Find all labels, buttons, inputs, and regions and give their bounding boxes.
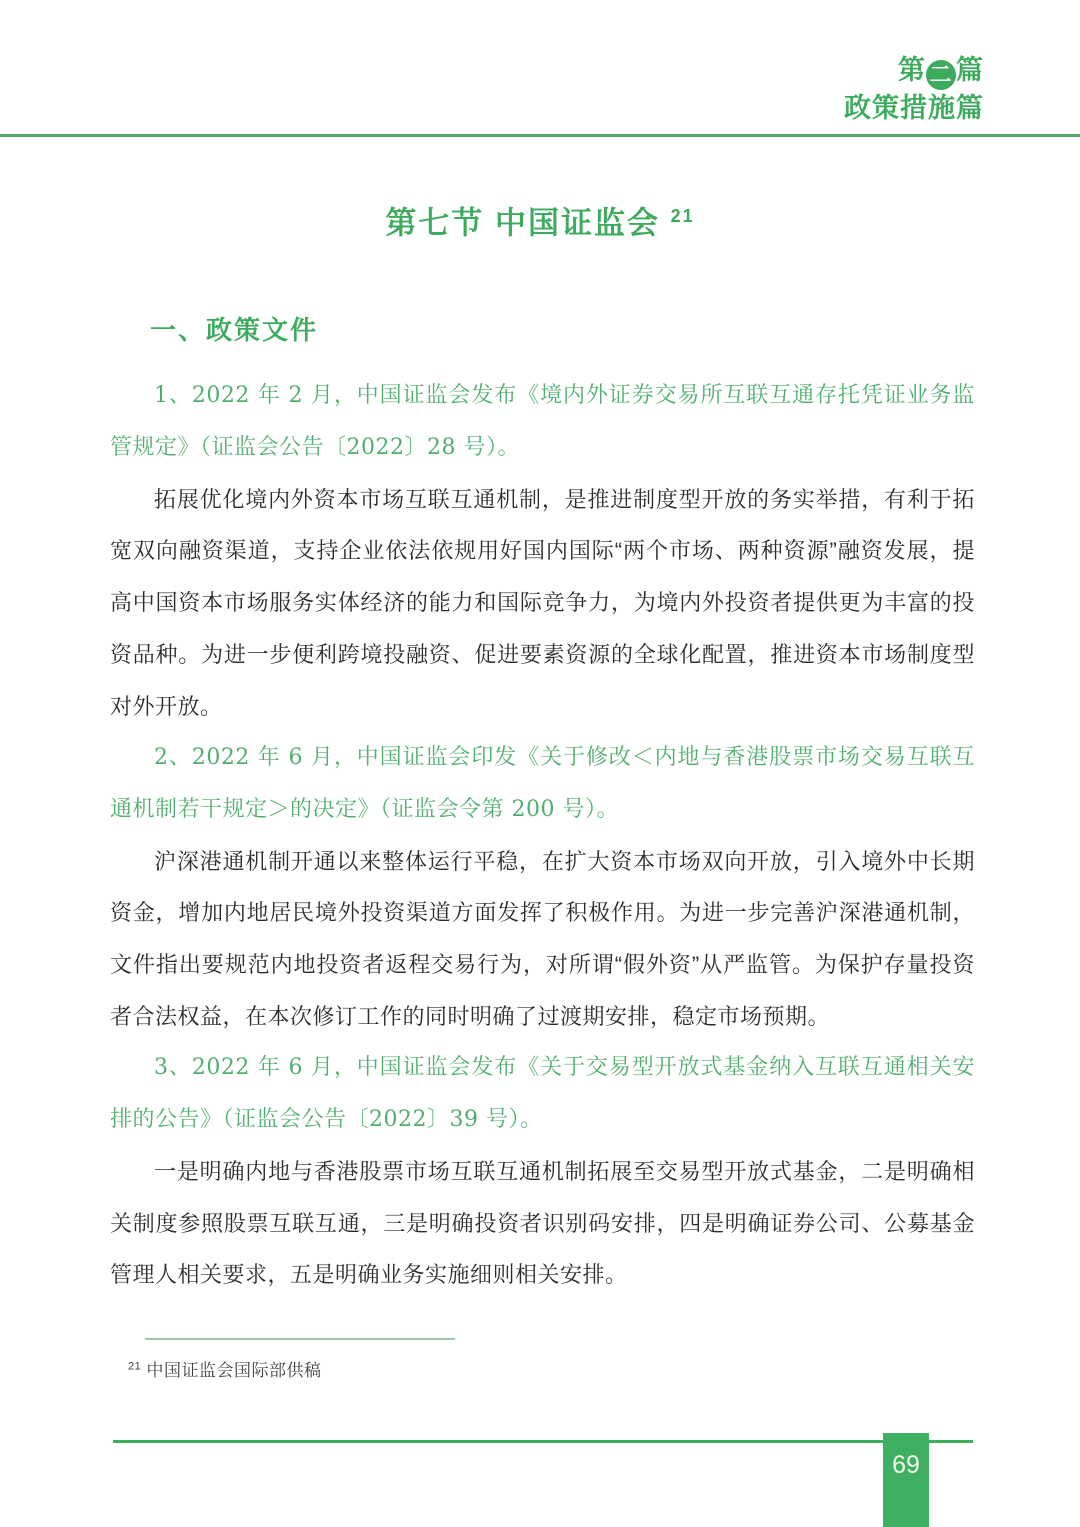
body-paragraph-1: 拓展优化境内外资本市场互联互通机制，是推进制度型开放的务实举措，有利于拓宽双向融… [110,474,975,733]
footer-divider-rule [113,1440,973,1443]
body-content: 1、2022 年 2 月，中国证监会发布《境内外证券交易所互联互通存托凭证业务监… [0,370,1080,1301]
footnote-block: 21 中国证监会国际部供稿 [128,1338,455,1381]
section-heading: 一、政策文件 [150,312,1080,348]
page-title-text: 第七节 中国证监会 [385,205,660,240]
footnote-divider-rule [145,1338,455,1340]
policy-paragraph-2: 2、2022 年 6 月，中国证监会印发《关于修改＜内地与香港股票市场交易互联互… [110,732,975,835]
body-paragraph-2: 沪深港通机制开通以来整体运行平稳，在扩大资本市场双向开放，引入境外中长期资金，增… [110,836,975,1043]
part-prefix: 第 [898,55,926,85]
policy-paragraph-1: 1、2022 年 2 月，中国证监会发布《境内外证券交易所互联互通存托凭证业务监… [110,370,975,473]
footnote-ref: 21 [128,1360,141,1372]
part-title: 第二篇 [0,52,984,90]
footnote-source: 中国证监会国际部供稿 [146,1361,321,1380]
document-page: 第二篇 政策措施篇 第七节 中国证监会 21 一、政策文件 1、2022 年 2… [0,0,1080,1527]
part-subtitle: 政策措施篇 [0,90,984,126]
body-paragraph-3: 一是明确内地与香港股票市场互联互通机制拓展至交易型开放式基金，二是明确相关制度参… [110,1146,975,1301]
title-footnote-ref: 21 [671,206,695,226]
page-header: 第二篇 政策措施篇 [0,0,1080,126]
page-number-badge: 69 [883,1433,929,1527]
part-suffix: 篇 [956,55,984,85]
header-divider-rule [0,134,1080,137]
footnote-text: 21 中国证监会国际部供稿 [128,1356,455,1381]
part-number-circle-icon: 二 [926,60,956,90]
policy-paragraph-3: 3、2022 年 6 月，中国证监会发布《关于交易型开放式基金纳入互联互通相关安… [110,1042,975,1145]
page-title: 第七节 中国证监会 21 [0,195,1080,244]
